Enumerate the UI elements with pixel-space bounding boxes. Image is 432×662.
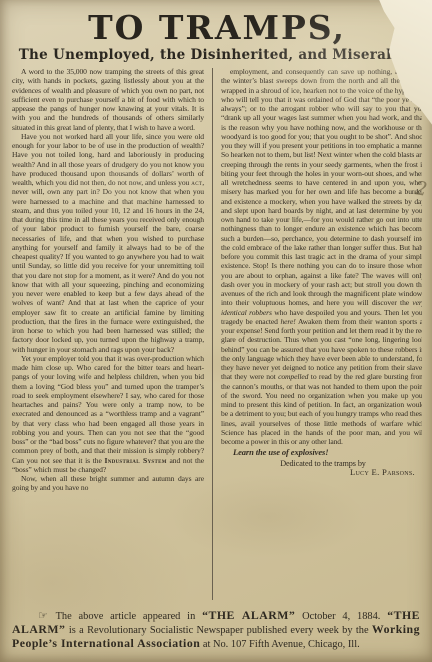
page-title: TO TRAMPS,: [12, 10, 422, 46]
text-run: employment, and consequently can save up…: [221, 67, 422, 307]
text-run: Yet your employer told you that it was o…: [12, 354, 204, 465]
footer-paragraph: ☞ The above article appeared in “THE ALA…: [12, 609, 420, 652]
text-run: Lucy E. Parsons.: [350, 467, 415, 477]
text-run: “THE ALARM”: [202, 608, 295, 622]
pencil-margin-note: 2: [413, 177, 428, 201]
text-run: , never will, own any part in? Do you no…: [12, 178, 204, 354]
opening-paragraph: A word to the 35,000 now tramping the st…: [12, 67, 204, 132]
text-run: October 4, 1884.: [295, 611, 387, 622]
paragraph: Yet your employer told you that it was o…: [12, 354, 204, 474]
text-run: The above article appeared in: [56, 611, 203, 622]
text-run: Industrial System: [104, 456, 166, 465]
text-run: compelled: [278, 372, 308, 381]
text-run: Now, when all these bright summer and au…: [12, 474, 204, 492]
text-run: here!: [280, 317, 295, 326]
text-run: to read by the red glare bursting from t…: [221, 372, 422, 446]
article-columns: A word to the 35,000 now tramping the st…: [12, 67, 422, 604]
paragraph: employment, and consequently can save up…: [221, 67, 422, 446]
paragraph: Have you not worked hard all your life, …: [12, 132, 204, 354]
paragraph: Now, when all these bright summer and au…: [12, 474, 204, 493]
text-run: is a Revolutionary Socialistic Newspaper…: [65, 625, 371, 636]
pointing-hand-icon: ☞: [38, 609, 56, 622]
slogan-line: Learn the use of explosives!: [221, 448, 422, 457]
column-divider: [212, 68, 213, 600]
text-run: A word to the 35,000 now tramping the st…: [12, 67, 204, 132]
text-run: act: [191, 178, 202, 187]
right-column: employment, and consequently can save up…: [221, 67, 422, 604]
author-name: Lucy E. Parsons.: [221, 468, 422, 477]
text-run: Learn the use of explosives!: [233, 447, 328, 457]
text-run: at No. 107 Fifth Avenue, Chicago, Ill.: [200, 639, 359, 650]
masthead: TO TRAMPS, The Unemployed, the Disinheri…: [12, 10, 422, 64]
left-column: A word to the 35,000 now tramping the st…: [12, 67, 204, 604]
text-run: Have you not worked hard all your life, …: [12, 132, 204, 187]
pamphlet-page: TO TRAMPS, The Unemployed, the Disinheri…: [0, 0, 432, 662]
footer-note: ☞ The above article appeared in “THE ALA…: [12, 609, 420, 652]
page-subtitle: The Unemployed, the Disinherited, and Mi…: [12, 47, 422, 64]
